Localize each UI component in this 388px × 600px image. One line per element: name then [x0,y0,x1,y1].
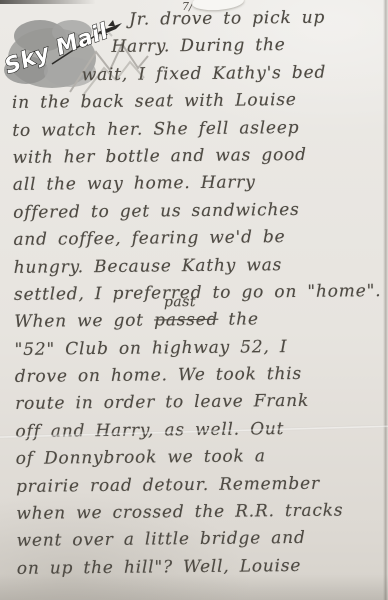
letter-line: wait, I fixed Kathy's bed [82,59,378,89]
letter-page: Sky Mail 7/ Jr. drove to pick upHarry. D… [0,0,388,600]
letter-line: When we got pastpassed the [14,305,380,336]
letter-line: prairie road detour. Remember [16,470,382,501]
letter-line: in the back seat with Louise [12,86,378,117]
letter-line: "52" Club on highway 52, I [14,333,380,364]
letter-line: and coffee, fearing we'd be [13,223,379,254]
letter-body: Jr. drove to pick upHarry. During thewai… [11,4,383,583]
letter-line: to watch her. She fell asleep [12,114,378,145]
scan-edge-top [0,0,96,4]
letter-line: settled, I preferred to go on "home". [14,278,380,309]
letter-line: Harry. During the [111,31,377,61]
scan-edge-right [383,0,388,600]
letter-line: route in order to leave Frank [15,388,381,419]
letter-line: offered to get us sandwiches [13,196,379,227]
letter-line: when we crossed the R.R. tracks [16,497,382,528]
letter-line: went over a little bridge and [16,524,382,555]
inline-correction: pastpassed [154,307,219,335]
scan-edge-bottom [0,574,388,600]
letter-line: all the way home. Harry [13,168,379,199]
letter-line: Jr. drove to pick up [129,4,377,34]
letter-line: hungry. Because Kathy was [14,251,380,282]
letter-line: of Donnybrook we took a [16,442,382,473]
letter-line: with her bottle and was good [12,141,378,172]
letter-line: drove on home. We took this [15,360,381,391]
